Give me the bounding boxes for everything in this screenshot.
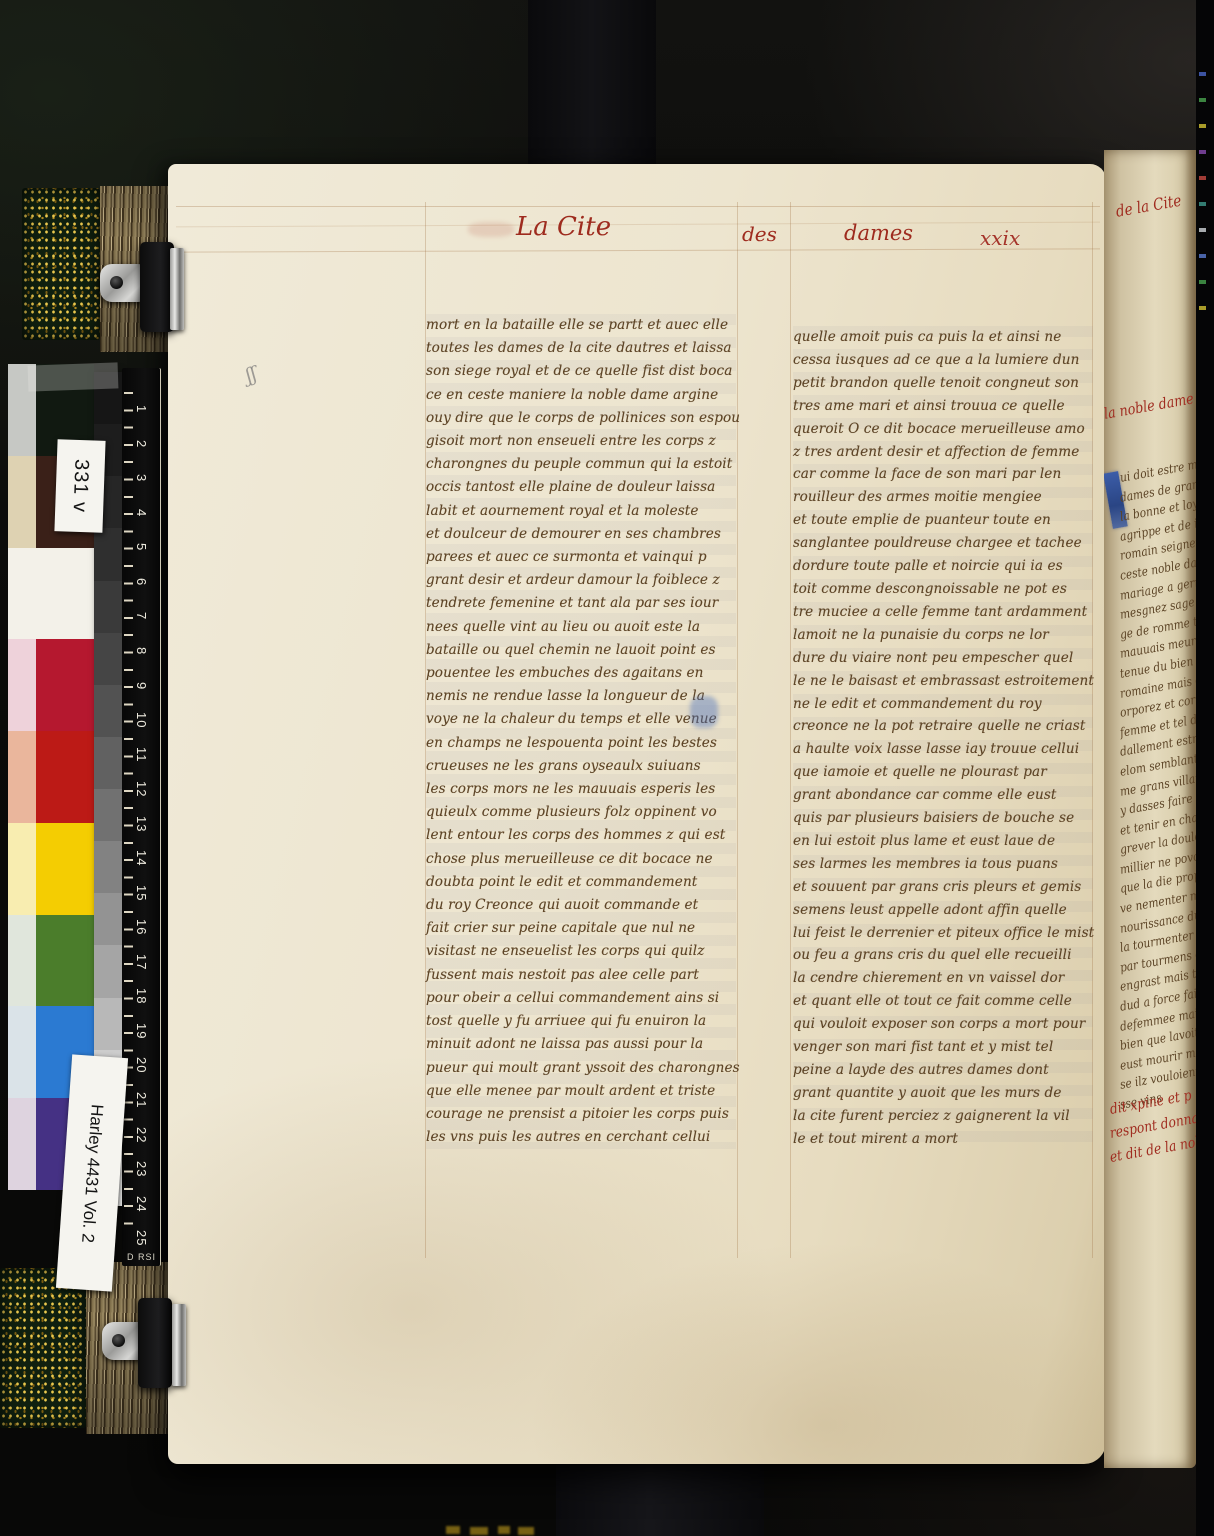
binder-clip-metal-top <box>170 248 184 330</box>
film-edge-mark <box>1199 228 1206 232</box>
manuscript-text-line: en lui estoit plus lame et eust laue de <box>793 830 1093 853</box>
cropped-yellow-mark <box>446 1526 460 1534</box>
manuscript-text-line: bataille ou quel chemin ne lauoit point … <box>426 639 736 662</box>
film-edge-mark <box>1199 176 1206 180</box>
ruler-number: 19 <box>134 1014 149 1049</box>
velvet-strap-bottom <box>556 1452 764 1536</box>
film-edge-mark <box>1199 124 1206 128</box>
ruler-number: 20 <box>134 1048 149 1083</box>
film-edge-mark <box>1199 202 1206 206</box>
ruler-number: 25 <box>134 1221 149 1256</box>
manuscript-text-line: tost quelle y fu arriuee qui fu enuiron … <box>426 1010 736 1033</box>
film-edge-mark <box>1199 150 1206 154</box>
ruler-number: 4 <box>134 496 149 531</box>
ruler-number: 7 <box>134 599 149 634</box>
manuscript-page: La Cite des dames xxix ʃʃ mort en la bat… <box>168 164 1106 1464</box>
ruler-number: 13 <box>134 807 149 842</box>
binder-clip-metal-bottom <box>172 1304 186 1386</box>
manuscript-text-line: tres ame mari et ainsi trouua ce quelle <box>793 395 1093 418</box>
ruler-number: 17 <box>134 945 149 980</box>
color-patch-tint <box>8 548 36 640</box>
manuscript-text-line: nees quelle vint au lieu ou auoit este l… <box>426 616 736 639</box>
ruler-number: 6 <box>134 565 149 600</box>
manuscript-text-line: semens leust appelle adont affin quelle <box>793 899 1093 922</box>
manuscript-text-line: cessa iusques ad ce que a la lumiere dun <box>793 349 1093 372</box>
manuscript-text-line: a haulte voix lasse lasse iay trouue cel… <box>793 738 1093 761</box>
manuscript-text-line: et doulceur de demourer en ses chambres <box>426 523 736 546</box>
ruler-scale: 1234567891011121314151617181920212223242… <box>134 392 149 1256</box>
color-patch <box>36 823 94 915</box>
manuscript-text-line: mort en la bataille elle se partt et aue… <box>426 314 736 337</box>
film-edge-mark <box>1199 280 1206 284</box>
manuscript-text-line: ou feu a grans cris du quel elle recueil… <box>793 944 1093 967</box>
cropped-yellow-mark <box>518 1527 534 1535</box>
manuscript-text-line: que iamoie et quelle ne plourast par <box>793 761 1093 784</box>
manuscript-text-line: ne le edit et commandement du roy <box>793 693 1093 716</box>
manuscript-photo: La Cite des dames xxix ʃʃ mort en la bat… <box>0 0 1214 1536</box>
color-patch <box>36 548 94 640</box>
manuscript-text-line: visitast ne enseuelist les corps qui qui… <box>426 940 736 963</box>
cropped-yellow-mark <box>470 1527 488 1535</box>
manuscript-text-line: sanglantee pouldreuse chargee et tachee <box>793 532 1093 555</box>
recto-chapter-rubric: la noble dame Agrippine <box>1104 402 1196 426</box>
manuscript-text-line: lui feist le derrenier et piteux office … <box>793 922 1093 945</box>
ruler-number: 1 <box>134 392 149 427</box>
cropped-yellow-mark <box>498 1526 510 1534</box>
manuscript-text-line: quieulx comme plusieurs folz oppinent vo <box>426 801 736 824</box>
manuscript-text-line: minuit adont ne laissa pas aussi pour la <box>426 1033 736 1056</box>
manuscript-text-line: le et tout mirent a mort <box>793 1128 1093 1151</box>
manuscript-text-line: toit comme descongnoissable ne pot es <box>793 578 1093 601</box>
film-edge-mark <box>1199 306 1206 310</box>
manuscript-text-line: ce en ceste maniere la noble dame argine <box>426 384 736 407</box>
ruler-number: 9 <box>134 668 149 703</box>
manuscript-text-line: occis tantost elle plaine de douleur lai… <box>426 476 736 499</box>
manuscript-text-line: son siege royal et de ce quelle fist dis… <box>426 360 736 383</box>
ruler-number: 16 <box>134 910 149 945</box>
ruler-number: 24 <box>134 1187 149 1222</box>
manuscript-text-line: dordure toute palle et noircie qui ia es <box>793 555 1093 578</box>
ruler-number: 5 <box>134 530 149 565</box>
ruler-number: 12 <box>134 772 149 807</box>
ruler-number: 3 <box>134 461 149 496</box>
gray-step <box>94 789 122 841</box>
running-header-des: des <box>742 222 777 246</box>
film-edge-mark <box>1199 254 1206 258</box>
running-header-dames: dames <box>844 221 913 245</box>
manuscript-text-line: grant desir et ardeur damour la foiblece… <box>426 569 736 592</box>
ruler-number: 14 <box>134 841 149 876</box>
ruler-number: 18 <box>134 979 149 1014</box>
clip-lever-hole <box>112 1334 125 1347</box>
manuscript-text-line: petit brandon quelle tenoit congneut son <box>793 372 1093 395</box>
ruler-number: 15 <box>134 876 149 911</box>
ruled-column-line <box>790 202 791 1258</box>
recto-running-header: de la Cite <box>1116 200 1196 224</box>
color-patch <box>36 731 94 823</box>
recto-header-text: de la Cite <box>1114 156 1196 224</box>
running-header-title: La Cite <box>516 212 611 242</box>
manuscript-text-line: labit et aournement royal et la moleste <box>426 500 736 523</box>
film-edge-mark <box>1199 72 1206 76</box>
color-patch-tint <box>8 915 36 1007</box>
color-patch <box>36 639 94 731</box>
manuscript-text-line: toutes les dames de la cite dautres et l… <box>426 337 736 360</box>
color-patch-tint <box>8 639 36 731</box>
manuscript-text-line: et toute emplie de puanteur toute en <box>793 509 1093 532</box>
manuscript-text-line: dure du viaire nont peu empescher quel <box>793 647 1093 670</box>
manuscript-text-line: la cendre chierement en vn vaissel dor <box>793 967 1093 990</box>
ruled-column-line <box>737 202 738 1258</box>
gray-step <box>94 893 122 945</box>
ruled-line <box>176 206 1100 207</box>
recto-text-block: ui doit estre mise entre les ndames de g… <box>1120 468 1196 1115</box>
folio-numeral: xxix <box>980 226 1020 250</box>
gray-step <box>94 633 122 685</box>
gilded-edge-top <box>22 188 100 340</box>
offset-ink-ghost <box>468 222 514 237</box>
gray-step <box>94 998 122 1050</box>
manuscript-text-line: doubta point le edit et commandement <box>426 871 736 894</box>
recto-rubric-text: la noble dame Agrippine <box>1104 358 1196 426</box>
film-edge-strip <box>1196 0 1214 1536</box>
manuscript-text-line: car comme la face de son mari par len <box>793 463 1093 486</box>
manuscript-text-line: qui vouloit exposer son corps a mort pou… <box>793 1013 1093 1036</box>
manuscript-text-line: parees et auec ce surmonta et vainqui p <box>426 546 736 569</box>
manuscript-text-line: charongnes du peuple commun qui la estoi… <box>426 453 736 476</box>
manuscript-text-line: et quant elle ot tout ce fait comme cell… <box>793 990 1093 1013</box>
manuscript-text-line: queroit O ce dit bocace merueilleuse amo <box>793 418 1093 441</box>
facing-page-sliver: de la Cite la noble dame Agrippine ui do… <box>1104 150 1196 1468</box>
text-column-1: mort en la bataille elle se partt et aue… <box>426 314 736 1149</box>
manuscript-text-line: pueur qui moult grant yssoit des charong… <box>426 1057 736 1080</box>
manuscript-text-line: creonce ne la pot retraire quelle ne cri… <box>793 715 1093 738</box>
film-edge-mark <box>1199 98 1206 102</box>
manuscript-text-line: tendrete femenine et tant ala par ses io… <box>426 592 736 615</box>
ruler-number: 10 <box>134 703 149 738</box>
manuscript-text-line: z tres ardent desir et affection de femm… <box>793 441 1093 464</box>
manuscript-text-line: courage ne prensist a pitoier les corps … <box>426 1103 736 1126</box>
manuscript-text-line: venger son mari fist tant et y mist tel <box>793 1036 1093 1059</box>
gray-step <box>94 528 122 580</box>
manuscript-text-line: les corps mors ne les mauuais esperis le… <box>426 778 736 801</box>
binder-clip-top <box>140 242 174 332</box>
ruler-number: 11 <box>134 737 149 772</box>
manuscript-text-line: fait crier sur peine capitale que nul ne <box>426 917 736 940</box>
gray-step <box>94 945 122 997</box>
ruler-number: 8 <box>134 634 149 669</box>
ruler-number: 2 <box>134 427 149 462</box>
manuscript-text-line: et souuent par grans cris pleurs et gemi… <box>793 876 1093 899</box>
color-patch <box>36 915 94 1007</box>
ruler-footer-text: D RSI <box>127 1252 156 1262</box>
manuscript-text-line: lent entour les corps des hommes z qui e… <box>426 824 736 847</box>
manuscript-text-line: ouy dire que le corps de pollinices son … <box>426 407 736 430</box>
manuscript-text-line: les vns puis les autres en cerchant cell… <box>426 1126 736 1149</box>
manuscript-text-line: gisoit mort non enseueli entre les corps… <box>426 430 736 453</box>
manuscript-text-line: tre muciee a celle femme tant ardamment <box>793 601 1093 624</box>
text-column-2: quelle amoit puis ca puis la et ainsi ne… <box>793 326 1093 1151</box>
color-patch-tint <box>8 1098 36 1190</box>
manuscript-text-line: rouilleur des armes moitie mengiee <box>793 486 1093 509</box>
color-patch-tint <box>8 823 36 915</box>
manuscript-text-line: du roy Creonce qui auoit commande et <box>426 894 736 917</box>
manuscript-text-line: peine a layde des autres dames dont <box>793 1059 1093 1082</box>
color-patch-tint <box>8 456 36 548</box>
manuscript-text-line: pouentee les embuches des agaitans en <box>426 662 736 685</box>
show-through-initial <box>690 696 718 728</box>
margin-pen-mark: ʃʃ <box>243 363 260 387</box>
ruler-number: 23 <box>134 1152 149 1187</box>
manuscript-text-line: pour obeir a cellui commandement ains si <box>426 987 736 1010</box>
ruled-line <box>176 248 1100 252</box>
manuscript-text-line: la cite furent perciez z gaignerent la v… <box>793 1105 1093 1128</box>
gray-step <box>94 841 122 893</box>
tint-patch-column <box>8 364 36 1190</box>
manuscript-text-line: quis par plusieurs baisiers de bouche se <box>793 807 1093 830</box>
manuscript-text-line: lamoit ne la punaisie du corps ne lor <box>793 624 1093 647</box>
manuscript-text-line: quelle amoit puis ca puis la et ainsi ne <box>793 326 1093 349</box>
gray-step <box>94 737 122 789</box>
manuscript-text-line: grant quantite y auoit que les murs de <box>793 1082 1093 1105</box>
manuscript-text-line: crueuses ne les grans oyseaulx suiuans <box>426 755 736 778</box>
recto-end-rubric: dit xpine et prespont donnaet dit de la … <box>1110 1098 1196 1170</box>
manuscript-text-line: en champs ne lespouenta point les bestes <box>426 732 736 755</box>
manuscript-text-line: chose plus merueilleuse ce dit bocace ne <box>426 848 736 871</box>
gray-step <box>94 685 122 737</box>
color-patch-tint <box>8 1006 36 1098</box>
manuscript-text-line: ses larmes les membres ia tous puans <box>793 853 1093 876</box>
color-patch-tint <box>8 731 36 823</box>
clip-lever-hole <box>110 276 123 289</box>
ruled-line <box>176 222 1100 228</box>
gray-step <box>94 581 122 633</box>
ruler-number: 21 <box>134 1083 149 1118</box>
manuscript-text-line: grant abondance car comme elle eust <box>793 784 1093 807</box>
velvet-strap-top <box>528 0 656 176</box>
folio-number-label: 331 v <box>54 439 105 533</box>
measuring-ruler: 1234567891011121314151617181920212223242… <box>122 368 161 1266</box>
manuscript-text-line: que elle menee par moult ardent et trist… <box>426 1080 736 1103</box>
binder-clip-bottom <box>138 1298 172 1388</box>
manuscript-text-line: le ne le baisast et embrassast estroitem… <box>793 670 1093 693</box>
manuscript-text-line: fussent mais nestoit pas alee celle part <box>426 964 736 987</box>
ruler-number: 22 <box>134 1117 149 1152</box>
clear-tape <box>28 362 119 391</box>
ruler-ticks <box>124 392 133 1236</box>
gilded-edge-bottom <box>0 1268 86 1428</box>
